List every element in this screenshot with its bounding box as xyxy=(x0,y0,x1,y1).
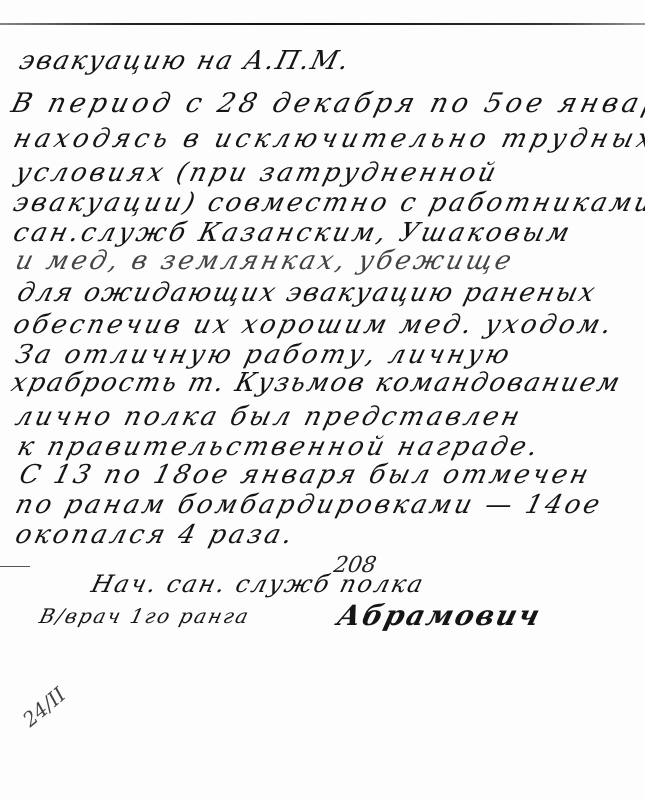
body-line-13: к правительственной награде. xyxy=(15,434,543,460)
body-line-5: эвакуации) совместно с работниками xyxy=(11,190,645,216)
body-line-7: и мед, в землянках, убежище xyxy=(13,248,517,274)
body-line-11: храбрость т. Кузьмов командованием xyxy=(9,370,624,396)
signature-title-line: Нач. сан. служб полка xyxy=(89,572,427,596)
body-line-14: С 13 по 18ое января был отмечен xyxy=(17,462,594,488)
body-line-6: сан.служб Казанским, Ушаковым xyxy=(11,220,575,246)
body-line-4: условиях (при затрудненной xyxy=(13,160,502,186)
signature-rank-line: В/врач 1го ранга xyxy=(38,606,253,626)
signature-name: Абрамович xyxy=(335,602,545,630)
body-line-16: окопался 4 раза. xyxy=(13,522,298,548)
body-line-10: За отличную работу, личную xyxy=(13,342,515,368)
margin-dash-mark xyxy=(0,566,30,567)
body-line-15: по ранам бомбардировками — 14ое xyxy=(13,492,605,518)
body-line-9: обеспечив их хорошим мед. уходом. xyxy=(11,312,617,338)
body-line-12: лично полка был представлен xyxy=(13,404,525,430)
body-line-3: находясь в исключительно трудных xyxy=(11,126,645,152)
top-rule-divider xyxy=(0,23,645,25)
body-line-8: для ожидающих эвакуацию раненых xyxy=(15,280,599,306)
body-line-2: В период с 28 декабря по 5ое января, xyxy=(9,90,645,117)
scanned-document-page: эвакуацию на А.П.М. В период с 28 декабр… xyxy=(0,0,645,800)
body-line-1: эвакуацию на А.П.М. xyxy=(17,48,354,74)
date-annotation: 24/II xyxy=(18,682,70,731)
